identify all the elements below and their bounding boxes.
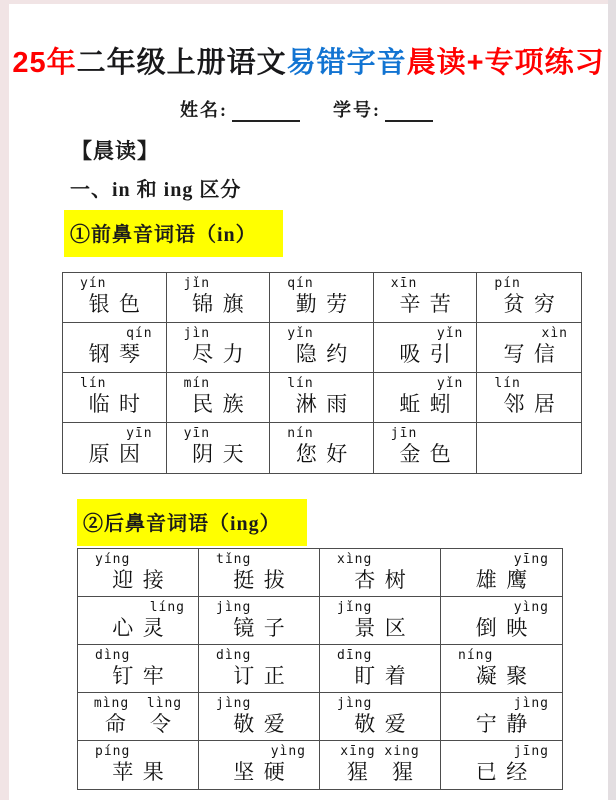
hanzi-text: 阴天 bbox=[167, 441, 270, 468]
pinyin-text: lín bbox=[270, 376, 373, 391]
word-cell: jīng已经 bbox=[441, 741, 562, 789]
pinyin-text: jīng bbox=[441, 744, 562, 759]
word-cell: jǐng景区 bbox=[320, 597, 441, 645]
pinyin-text: jìng bbox=[199, 600, 319, 615]
page-edge-right bbox=[608, 0, 616, 800]
hanzi-text: 吸引 bbox=[374, 341, 477, 368]
pinyin-text: tǐng bbox=[199, 552, 319, 567]
pinyin-text: xīng xing bbox=[320, 744, 440, 759]
student-info-line: 姓名: 学号: bbox=[9, 96, 608, 122]
hanzi-text: 邻居 bbox=[477, 391, 581, 418]
hanzi-text: 您好 bbox=[270, 441, 373, 468]
pinyin-text: xìng bbox=[320, 552, 440, 567]
pinyin-text: lín bbox=[63, 376, 166, 391]
pinyin-text: dìng bbox=[78, 648, 198, 663]
hanzi-text: 临时 bbox=[63, 391, 166, 418]
hanzi-text: 原因 bbox=[63, 441, 166, 468]
pinyin-text: líng bbox=[78, 600, 198, 615]
pinyin-text: yǐn bbox=[374, 376, 477, 391]
title-part: 易错字音 bbox=[287, 47, 407, 79]
pinyin-text: jǐn bbox=[167, 276, 270, 291]
word-cell: níng凝聚 bbox=[441, 645, 562, 693]
word-cell: mín民族 bbox=[167, 373, 271, 423]
word-cell: lín临时 bbox=[63, 373, 167, 423]
hanzi-text: 写信 bbox=[477, 341, 581, 368]
word-cell: pín贫穷 bbox=[477, 273, 581, 323]
hanzi-text: 命 令 bbox=[78, 711, 198, 738]
word-cell: yín银色 bbox=[63, 273, 167, 323]
pinyin-text: jìng bbox=[320, 696, 440, 711]
pinyin-text: dīng bbox=[320, 648, 440, 663]
pinyin-text: qín bbox=[63, 326, 166, 341]
hanzi-text: 雄鹰 bbox=[441, 567, 562, 594]
hanzi-text: 辛苦 bbox=[374, 291, 477, 318]
word-cell: jìng敬爱 bbox=[199, 693, 320, 741]
back-nasal-highlight: ②后鼻音词语（ing） bbox=[77, 499, 307, 546]
hanzi-text: 杏树 bbox=[320, 567, 440, 594]
pinyin-text: yìng bbox=[441, 600, 562, 615]
word-cell: yīng雄鹰 bbox=[441, 549, 562, 597]
word-cell: yīn阴天 bbox=[167, 423, 271, 473]
pinyin-text: jìng bbox=[441, 696, 562, 711]
pinyin-text: xìn bbox=[477, 326, 581, 341]
student-id-label: 学号: bbox=[333, 100, 381, 120]
hanzi-text: 镜子 bbox=[199, 615, 319, 642]
word-cell: nín您好 bbox=[270, 423, 374, 473]
word-cell: lín淋雨 bbox=[270, 373, 374, 423]
word-cell: jìng镜子 bbox=[199, 597, 320, 645]
title-part: 晨读+专项练习 bbox=[407, 47, 605, 79]
pinyin-text: yīn bbox=[167, 426, 270, 441]
word-cell: jìn尽力 bbox=[167, 323, 271, 373]
pinyin-text: lín bbox=[477, 376, 581, 391]
word-cell: mìng lìng命 令 bbox=[78, 693, 199, 741]
hanzi-text: 挺拔 bbox=[199, 567, 319, 594]
pinyin-text: jìng bbox=[199, 696, 319, 711]
hanzi-text: 敬爱 bbox=[199, 711, 319, 738]
word-cell: qín勤劳 bbox=[270, 273, 374, 323]
page-edge-left bbox=[0, 0, 9, 800]
hanzi-text: 民族 bbox=[167, 391, 270, 418]
word-cell: dìng钉牢 bbox=[78, 645, 199, 693]
word-cell: dīng盯着 bbox=[320, 645, 441, 693]
pinyin-text: jìn bbox=[167, 326, 270, 341]
worksheet-page: 25年二年级上册语文易错字音晨读+专项练习 姓名: 学号: 【晨读】 一、in … bbox=[9, 4, 608, 800]
pinyin-text: yíng bbox=[78, 552, 198, 567]
title-part: 25年 bbox=[12, 47, 76, 79]
hanzi-text: 猩 猩 bbox=[320, 759, 440, 786]
word-cell: yìng倒映 bbox=[441, 597, 562, 645]
word-cell: yíng迎接 bbox=[78, 549, 199, 597]
pinyin-text: xīn bbox=[374, 276, 477, 291]
hanzi-text: 钉牢 bbox=[78, 663, 198, 690]
word-cell: yǐn吸引 bbox=[374, 323, 478, 373]
pinyin-text: pín bbox=[477, 276, 581, 291]
title-part: 二年级上册语文 bbox=[77, 47, 287, 79]
page-title: 25年二年级上册语文易错字音晨读+专项练习 bbox=[9, 40, 608, 81]
hanzi-text: 锦旗 bbox=[167, 291, 270, 318]
hanzi-text: 敬爱 bbox=[320, 711, 440, 738]
hanzi-text: 心灵 bbox=[78, 615, 198, 642]
hanzi-text: 淋雨 bbox=[270, 391, 373, 418]
pinyin-text: yǐn bbox=[270, 326, 373, 341]
name-label: 姓名: bbox=[180, 100, 228, 120]
pinyin-text: yìng bbox=[199, 744, 319, 759]
front-nasal-highlight: ①前鼻音词语（in） bbox=[64, 210, 283, 257]
word-cell: dìng订正 bbox=[199, 645, 320, 693]
pinyin-text: mìng lìng bbox=[78, 696, 198, 711]
hanzi-text: 金色 bbox=[374, 441, 477, 468]
word-cell: jīn金色 bbox=[374, 423, 478, 473]
hanzi-text: 迎接 bbox=[78, 567, 198, 594]
hanzi-text: 尽力 bbox=[167, 341, 270, 368]
pinyin-text: jǐng bbox=[320, 600, 440, 615]
hanzi-text: 贫穷 bbox=[477, 291, 581, 318]
pinyin-text: nín bbox=[270, 426, 373, 441]
pinyin-text: yín bbox=[63, 276, 166, 291]
pinyin-text: qín bbox=[270, 276, 373, 291]
ing-words-table: yíng迎接tǐng挺拔xìng杏树yīng雄鹰líng心灵jìng镜子jǐng… bbox=[77, 548, 563, 790]
hanzi-text: 银色 bbox=[63, 291, 166, 318]
word-cell: qín钢琴 bbox=[63, 323, 167, 373]
word-cell: yīn原因 bbox=[63, 423, 167, 473]
in-words-table: yín银色jǐn锦旗qín勤劳xīn辛苦pín贫穷qín钢琴jìn尽力yǐn隐约… bbox=[62, 272, 582, 474]
hanzi-text: 钢琴 bbox=[63, 341, 166, 368]
word-cell: xìn写信 bbox=[477, 323, 581, 373]
word-cell: jìng宁静 bbox=[441, 693, 562, 741]
pinyin-text: píng bbox=[78, 744, 198, 759]
hanzi-text: 倒映 bbox=[441, 615, 562, 642]
word-cell: yǐn蚯蚓 bbox=[374, 373, 478, 423]
word-cell: yǐn隐约 bbox=[270, 323, 374, 373]
hanzi-text: 盯着 bbox=[320, 663, 440, 690]
pinyin-text: dìng bbox=[199, 648, 319, 663]
pinyin-text: jīn bbox=[374, 426, 477, 441]
section-one-heading: 一、in 和 ing 区分 bbox=[70, 173, 241, 202]
word-cell: jìng敬爱 bbox=[320, 693, 441, 741]
pinyin-text: yīng bbox=[441, 552, 562, 567]
word-cell: píng苹果 bbox=[78, 741, 199, 789]
pinyin-text: yīn bbox=[63, 426, 166, 441]
hanzi-text: 苹果 bbox=[78, 759, 198, 786]
morning-reading-heading: 【晨读】 bbox=[71, 135, 159, 165]
word-cell: xìng杏树 bbox=[320, 549, 441, 597]
hanzi-text: 订正 bbox=[199, 663, 319, 690]
hanzi-text: 已经 bbox=[441, 759, 562, 786]
word-cell: lín邻居 bbox=[477, 373, 581, 423]
hanzi-text: 景区 bbox=[320, 615, 440, 642]
name-blank bbox=[232, 103, 300, 122]
word-cell: yìng坚硬 bbox=[199, 741, 320, 789]
hanzi-text: 隐约 bbox=[270, 341, 373, 368]
pinyin-text: yǐn bbox=[374, 326, 477, 341]
word-cell: jǐn锦旗 bbox=[167, 273, 271, 323]
pinyin-text: níng bbox=[441, 648, 562, 663]
word-cell: xīn辛苦 bbox=[374, 273, 478, 323]
pinyin-text: mín bbox=[167, 376, 270, 391]
student-id-blank bbox=[385, 103, 433, 122]
word-cell bbox=[477, 423, 581, 473]
word-cell: xīng xing猩 猩 bbox=[320, 741, 441, 789]
word-cell: líng心灵 bbox=[78, 597, 199, 645]
hanzi-text: 坚硬 bbox=[199, 759, 319, 786]
word-cell: tǐng挺拔 bbox=[199, 549, 320, 597]
hanzi-text: 宁静 bbox=[441, 711, 562, 738]
hanzi-text: 勤劳 bbox=[270, 291, 373, 318]
hanzi-text: 凝聚 bbox=[441, 663, 562, 690]
hanzi-text: 蚯蚓 bbox=[374, 391, 477, 418]
